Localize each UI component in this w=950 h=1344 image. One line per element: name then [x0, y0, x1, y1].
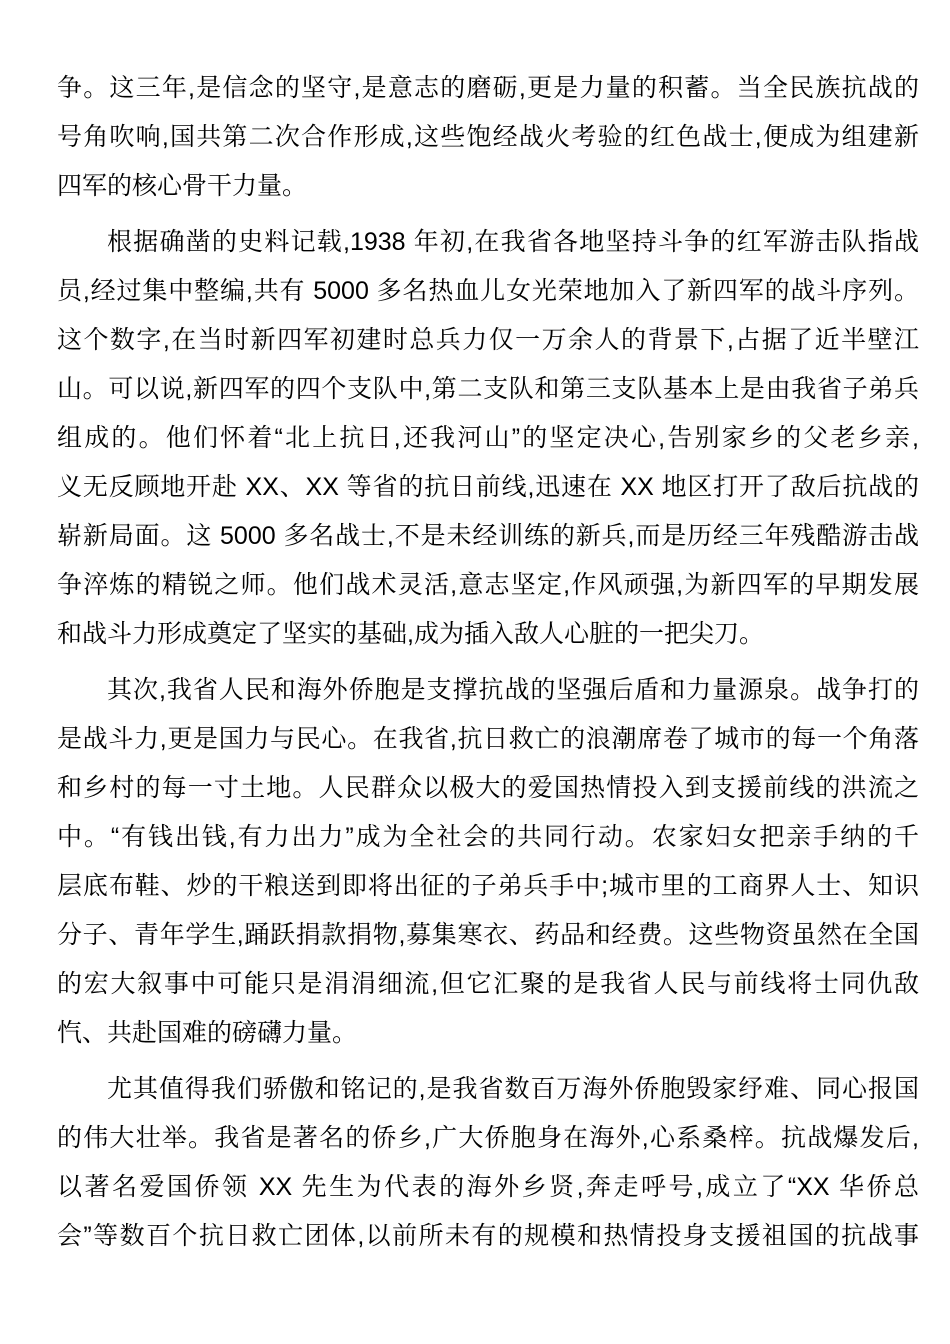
paragraph: 其次,我省人民和海外侨胞是支撑抗战的坚强后盾和力量源泉。战争打的 是战斗力,更是… — [57, 666, 919, 1058]
text-line: 以著名爱国侨领 XX 先生为代表的海外乡贤,奔走呼号,成立了“XX 华侨总 — [57, 1163, 919, 1212]
text-line: 其次,我省人民和海外侨胞是支撑抗战的坚强后盾和力量源泉。战争打的 — [57, 666, 919, 715]
text-line: 尤其值得我们骄傲和铭记的,是我省数百万海外侨胞毁家纾难、同心报国 — [57, 1065, 919, 1114]
text-line: 争淬炼的精锐之师。他们战术灵活,意志坚定,作风顽强,为新四军的早期发展 — [57, 561, 919, 610]
document-page: 争。这三年,是信念的坚守,是意志的磨砺,更是力量的积蓄。当全民族抗战的 号角吹响… — [0, 0, 950, 1344]
text-line: 和乡村的每一寸土地。人民群众以极大的爱国热情投入到支援前线的洪流之 — [57, 764, 919, 813]
text-line: 层底布鞋、炒的干粮送到即将出征的子弟兵手中;城市里的工商界人士、知识 — [57, 862, 919, 911]
text-line: 和战斗力形成奠定了坚实的基础,成为插入敌人心脏的一把尖刀。 — [57, 610, 919, 659]
text-line: 这个数字,在当时新四军初建时总兵力仅一万余人的背景下,占据了近半壁江 — [57, 316, 919, 365]
text-line: 忾、共赴国难的磅礴力量。 — [57, 1009, 919, 1058]
paragraph: 尤其值得我们骄傲和铭记的,是我省数百万海外侨胞毁家纾难、同心报国 的伟大壮举。我… — [57, 1065, 919, 1261]
text-line: 义无反顾地开赴 XX、XX 等省的抗日前线,迅速在 XX 地区打开了敌后抗战的 — [57, 463, 919, 512]
text-line: 号角吹响,国共第二次合作形成,这些饱经战火考验的红色战士,便成为组建新 — [57, 113, 919, 162]
text-line: 的宏大叙事中可能只是涓涓细流,但它汇聚的是我省人民与前线将士同仇敌 — [57, 960, 919, 1009]
text-line: 会”等数百个抗日救亡团体,以前所未有的规模和热情投身支援祖国的抗战事 — [57, 1212, 919, 1261]
text-line: 中。“有钱出钱,有力出力”成为全社会的共同行动。农家妇女把亲手纳的千 — [57, 813, 919, 862]
text-line: 是战斗力,更是国力与民心。在我省,抗日救亡的浪潮席卷了城市的每一个角落 — [57, 715, 919, 764]
text-line: 员,经过集中整编,共有 5000 多名热血儿女光荣地加入了新四军的战斗序列。 — [57, 267, 919, 316]
paragraph: 争。这三年,是信念的坚守,是意志的磨砺,更是力量的积蓄。当全民族抗战的 号角吹响… — [57, 64, 919, 211]
text-line: 的伟大壮举。我省是著名的侨乡,广大侨胞身在海外,心系桑梓。抗战爆发后, — [57, 1114, 919, 1163]
paragraph: 根据确凿的史料记载,1938 年初,在我省各地坚持斗争的红军游击队指战 员,经过… — [57, 218, 919, 659]
document-text-block: 争。这三年,是信念的坚守,是意志的磨砺,更是力量的积蓄。当全民族抗战的 号角吹响… — [57, 64, 919, 1261]
text-line: 四军的核心骨干力量。 — [57, 162, 919, 211]
text-line: 组成的。他们怀着“北上抗日,还我河山”的坚定决心,告别家乡的父老乡亲, — [57, 414, 919, 463]
text-line: 分子、青年学生,踊跃捐款捐物,募集寒衣、药品和经费。这些物资虽然在全国 — [57, 911, 919, 960]
text-line: 崭新局面。这 5000 多名战士,不是未经训练的新兵,而是历经三年残酷游击战 — [57, 512, 919, 561]
text-line: 山。可以说,新四军的四个支队中,第二支队和第三支队基本上是由我省子弟兵 — [57, 365, 919, 414]
text-line: 根据确凿的史料记载,1938 年初,在我省各地坚持斗争的红军游击队指战 — [57, 218, 919, 267]
text-line: 争。这三年,是信念的坚守,是意志的磨砺,更是力量的积蓄。当全民族抗战的 — [57, 64, 919, 113]
